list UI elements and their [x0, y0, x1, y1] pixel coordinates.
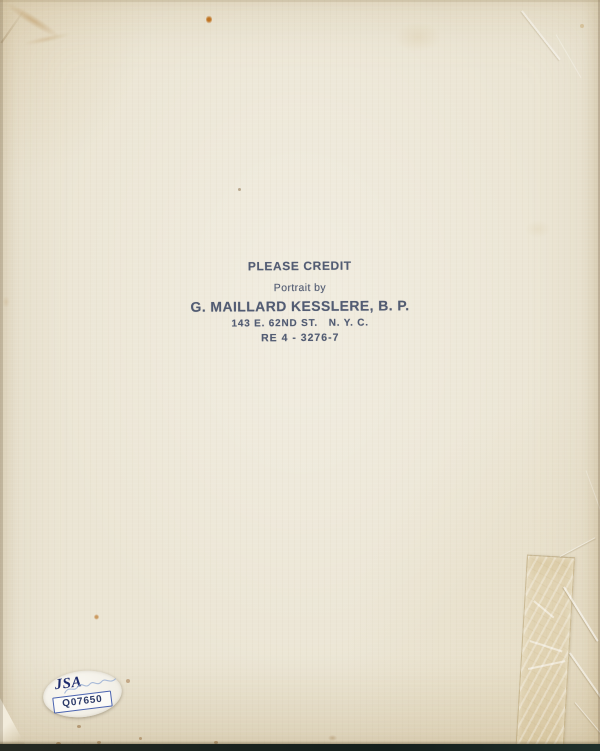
stain-spot [126, 679, 130, 683]
photo-paper-back: PLEASE CREDIT Portrait by G. MAILLARD KE… [0, 0, 600, 744]
stain-speck [139, 737, 142, 740]
scan-background-strip [0, 744, 600, 751]
stamp-line-phone: RE 4 - 3276-7 [0, 330, 600, 347]
stain-blotch [395, 22, 441, 52]
crease-mark [556, 34, 582, 78]
crease-mark [521, 10, 560, 60]
stain-streak-top-left [6, 1, 60, 39]
stamp-line-please-credit: PLEASE CREDIT [0, 258, 600, 275]
stain-speck [238, 188, 241, 191]
stamp-line-photographer-name: G. MAILLARD KESSLERE, B. P. [0, 296, 600, 317]
stain-speck [77, 725, 81, 728]
stain-spot [94, 614, 99, 620]
crease-mark [574, 702, 600, 737]
crease-mark [560, 537, 596, 557]
stain-spot [580, 24, 584, 28]
tape-residue [515, 555, 575, 751]
crease-mark [0, 8, 25, 43]
scanned-photo-back: PLEASE CREDIT Portrait by G. MAILLARD KE… [0, 0, 600, 751]
stamp-line-portrait-by: Portrait by [0, 280, 600, 296]
jsa-cert-number: Q07650 [62, 695, 103, 710]
stain-streak-top-left-2 [24, 31, 70, 46]
corner-wear [0, 688, 40, 744]
paper-edge-top [0, 0, 600, 2]
stain-spot [206, 15, 212, 24]
stain-blotch [525, 220, 551, 238]
jsa-authentication-sticker: JSA Q07650 [40, 666, 124, 721]
paper-edge-left [0, 0, 3, 744]
photographer-credit-stamp: PLEASE CREDIT Portrait by G. MAILLARD KE… [0, 258, 600, 347]
crease-mark [569, 652, 600, 699]
jsa-cert-number-box: Q07650 [52, 691, 113, 714]
